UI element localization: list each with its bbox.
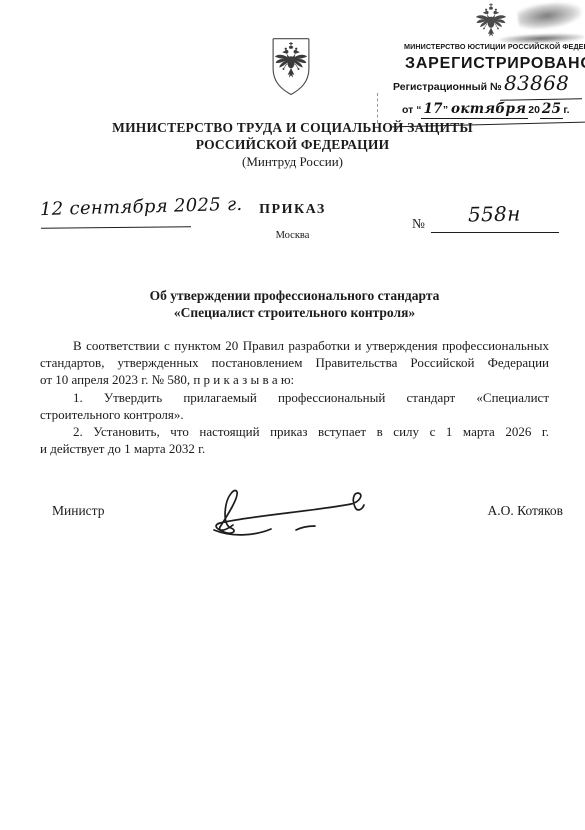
body-line: стандартов, утвержденных постановлением … xyxy=(40,354,549,371)
stamp-date-year-hand: 25 xyxy=(540,101,563,119)
minister-signature-icon xyxy=(203,485,401,539)
body-line: от 10 апреля 2023 г. № 580, п р и к а з … xyxy=(40,371,549,388)
stamp-date-row: от “17” октября2025г. xyxy=(402,101,570,119)
ministry-header: МИНИСТЕРСТВО ТРУДА И СОЦИАЛЬНОЙ ЗАЩИТЫ Р… xyxy=(0,120,585,170)
justice-registration-stamp: МИНИСТЕРСТВО ЮСТИЦИИ РОССИЙСКОЙ ФЕДЕРАЦИ… xyxy=(378,0,585,130)
document-page: МИНИСТЕРСТВО ЮСТИЦИИ РОССИЙСКОЙ ФЕДЕРАЦИ… xyxy=(0,0,585,830)
stamp-date-day: 17 xyxy=(423,101,442,117)
russia-coat-of-arms-icon xyxy=(267,36,315,98)
stamp-reg-number-value: 83868 xyxy=(504,71,569,95)
stamp-date-ot: от xyxy=(402,104,413,116)
body-line: В соответствии с пунктом 20 Правил разра… xyxy=(40,337,549,354)
body-line: строительного контроля». xyxy=(40,406,549,423)
stamp-reg-number-label: Регистрационный № xyxy=(393,81,502,93)
minister-label: Министр xyxy=(52,503,104,519)
order-title-line2: «Специалист строительного контроля» xyxy=(40,304,549,321)
minister-name: А.О. Котяков xyxy=(488,503,563,519)
ministry-name-line1: МИНИСТЕРСТВО ТРУДА И СОЦИАЛЬНОЙ ЗАЩИТЫ xyxy=(0,120,585,137)
ministry-name-line2: РОССИЙСКОЙ ФЕДЕРАЦИИ xyxy=(0,137,585,154)
number-sign: № xyxy=(412,216,425,232)
stamp-date-month: октября xyxy=(451,101,526,117)
stamp-date-year-printed: 20 xyxy=(528,104,540,116)
order-title: Об утверждении профессионального стандар… xyxy=(40,287,549,321)
ink-smudge-icon xyxy=(517,0,584,32)
body-line: и действует до 1 марта 2032 г. xyxy=(40,440,549,457)
order-date-underline xyxy=(41,226,191,229)
body-line: 2. Установить, что настоящий приказ всту… xyxy=(40,423,549,440)
ministry-short-name: (Минтруд России) xyxy=(0,154,585,170)
order-number-value: 558н xyxy=(468,202,521,227)
order-title-line1: Об утверждении профессионального стандар… xyxy=(40,287,549,304)
order-number-underline xyxy=(431,232,559,233)
body-line: 1. Утвердить прилагаемый профессиональны… xyxy=(40,389,549,406)
stamp-ministry-line: МИНИСТЕРСТВО ЮСТИЦИИ РОССИЙСКОЙ ФЕДЕРАЦИ… xyxy=(404,42,584,51)
stamp-border-dashed xyxy=(377,93,378,123)
stamp-date-quote-close: ” xyxy=(443,104,448,116)
stamp-date-year-suffix: г. xyxy=(563,104,569,116)
body-text: В соответствии с пунктом 20 Правил разра… xyxy=(40,337,549,457)
